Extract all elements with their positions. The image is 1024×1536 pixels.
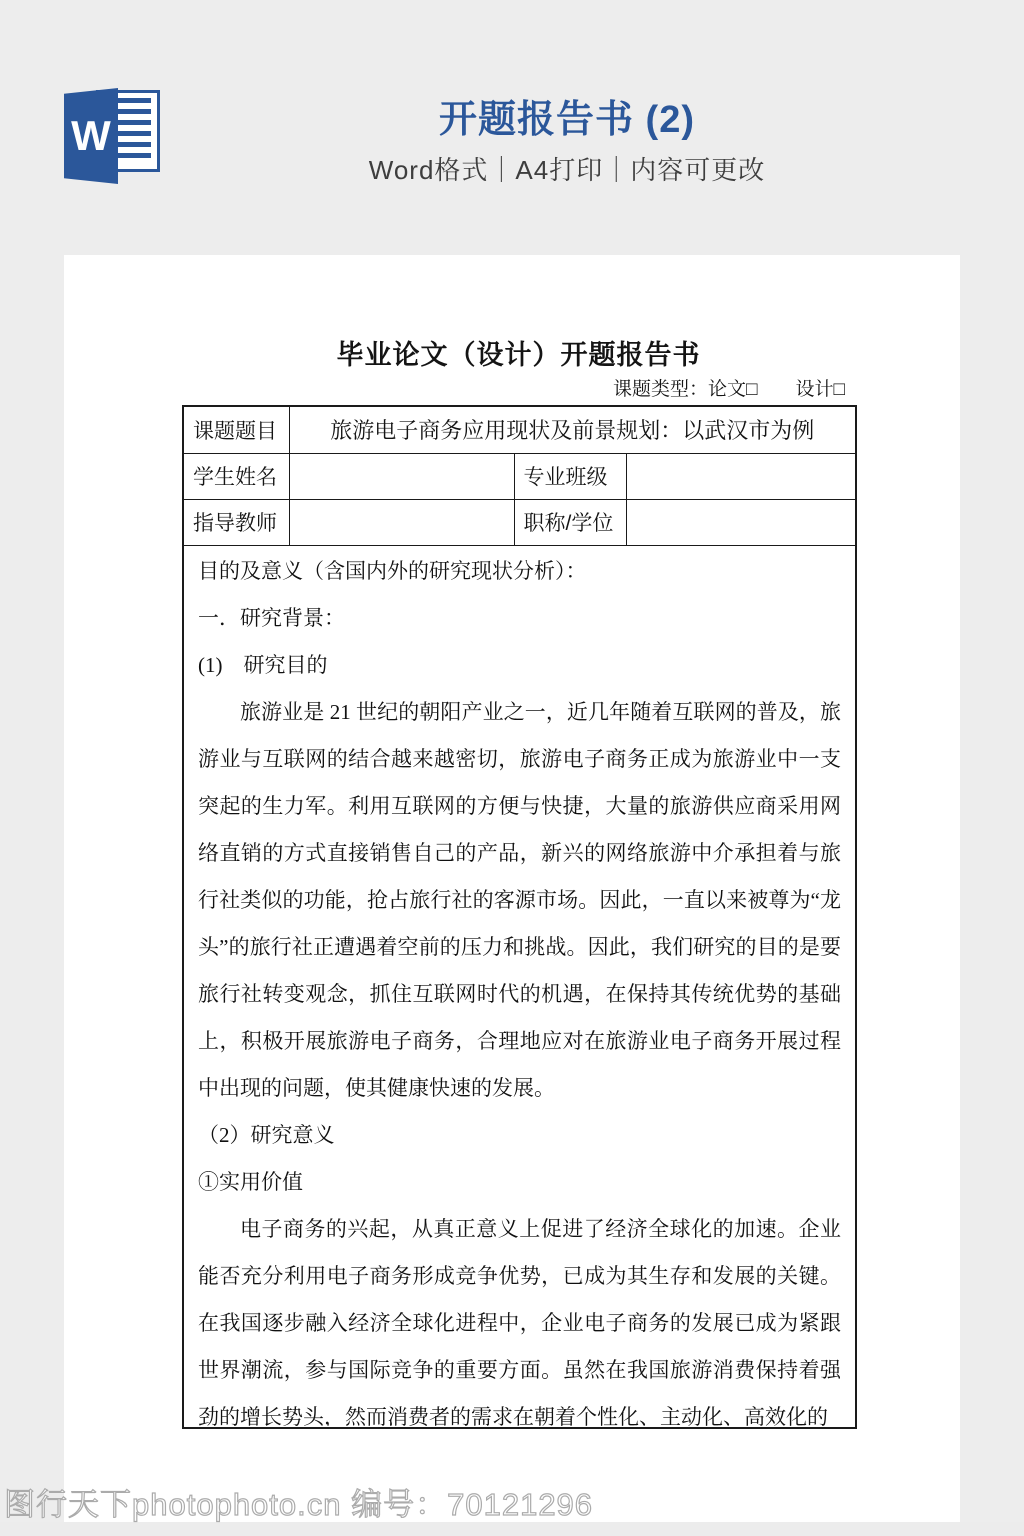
header: W 开题报告书 (2) Word格式｜A4打印｜内容可更改 [0,0,1024,255]
topic-type-line: 课题类型：论文□ 设计□ [182,379,855,401]
student-name-value [289,453,514,499]
sub-3-heading: ①实用价值 [198,1159,841,1206]
word-icon: W [64,88,162,184]
major-class-value [626,453,856,499]
advisor-value [289,499,514,545]
rank-degree-value [626,499,856,545]
word-icon-letter: W [71,115,111,157]
template-title: 开题报告书 (2) [170,98,964,142]
document-page: 毕业论文（设计）开题报告书 课题类型：论文□ 设计□ 课题题目 旅游电子商务应用… [64,255,960,1522]
table-row-student: 学生姓名 专业班级 [183,453,856,499]
major-class-label: 专业班级 [514,453,626,499]
table-row-advisor: 指导教师 职称/学位 [183,499,856,545]
template-subtitle: Word格式｜A4打印｜内容可更改 [170,154,964,186]
word-icon-cover: W [64,88,118,184]
doc-title: 毕业论文（设计）开题报告书 [182,255,855,371]
student-name-label: 学生姓名 [183,453,289,499]
purpose-content: 目的及意义（含国内外的研究现状分析）： 一．研究背景： (1) 研究目的 旅游业… [184,546,855,1426]
info-table: 课题题目 旅游电子商务应用现状及前景规划：以武汉市为例 学生姓名 专业班级 指导… [182,405,857,1429]
table-row-topic: 课题题目 旅游电子商务应用现状及前景规划：以武汉市为例 [183,406,856,453]
sub-1-heading: (1) 研究目的 [198,642,841,689]
sub-2-heading: （2）研究意义 [198,1112,841,1159]
header-text: 开题报告书 (2) Word格式｜A4打印｜内容可更改 [170,98,964,186]
table-row-body: 目的及意义（含国内外的研究现状分析）： 一．研究背景： (1) 研究目的 旅游业… [183,545,856,1428]
purpose-heading: 目的及意义（含国内外的研究现状分析）： [198,548,841,595]
topic-label: 课题题目 [183,406,289,453]
advisor-label: 指导教师 [183,499,289,545]
topic-value: 旅游电子商务应用现状及前景规划：以武汉市为例 [289,406,856,453]
watermark: 图行天下photophoto.cn 编号：70121296 [4,1488,593,1522]
purpose-cell: 目的及意义（含国内外的研究现状分析）： 一．研究背景： (1) 研究目的 旅游业… [183,545,856,1428]
paragraph-2: 电子商务的兴起，从真正意义上促进了经济全球化的加速。企业能否充分利用电子商务形成… [198,1206,841,1426]
bottom-strip [0,1522,1024,1536]
paragraph-1: 旅游业是 21 世纪的朝阳产业之一，近几年随着互联网的普及，旅游业与互联网的结合… [198,689,841,1112]
section-1-heading: 一．研究背景： [198,595,841,642]
document-inner: 毕业论文（设计）开题报告书 课题类型：论文□ 设计□ 课题题目 旅游电子商务应用… [182,255,855,1429]
rank-degree-label: 职称/学位 [514,499,626,545]
screenshot-root: W 开题报告书 (2) Word格式｜A4打印｜内容可更改 毕业论文（设计）开题… [0,0,1024,1536]
